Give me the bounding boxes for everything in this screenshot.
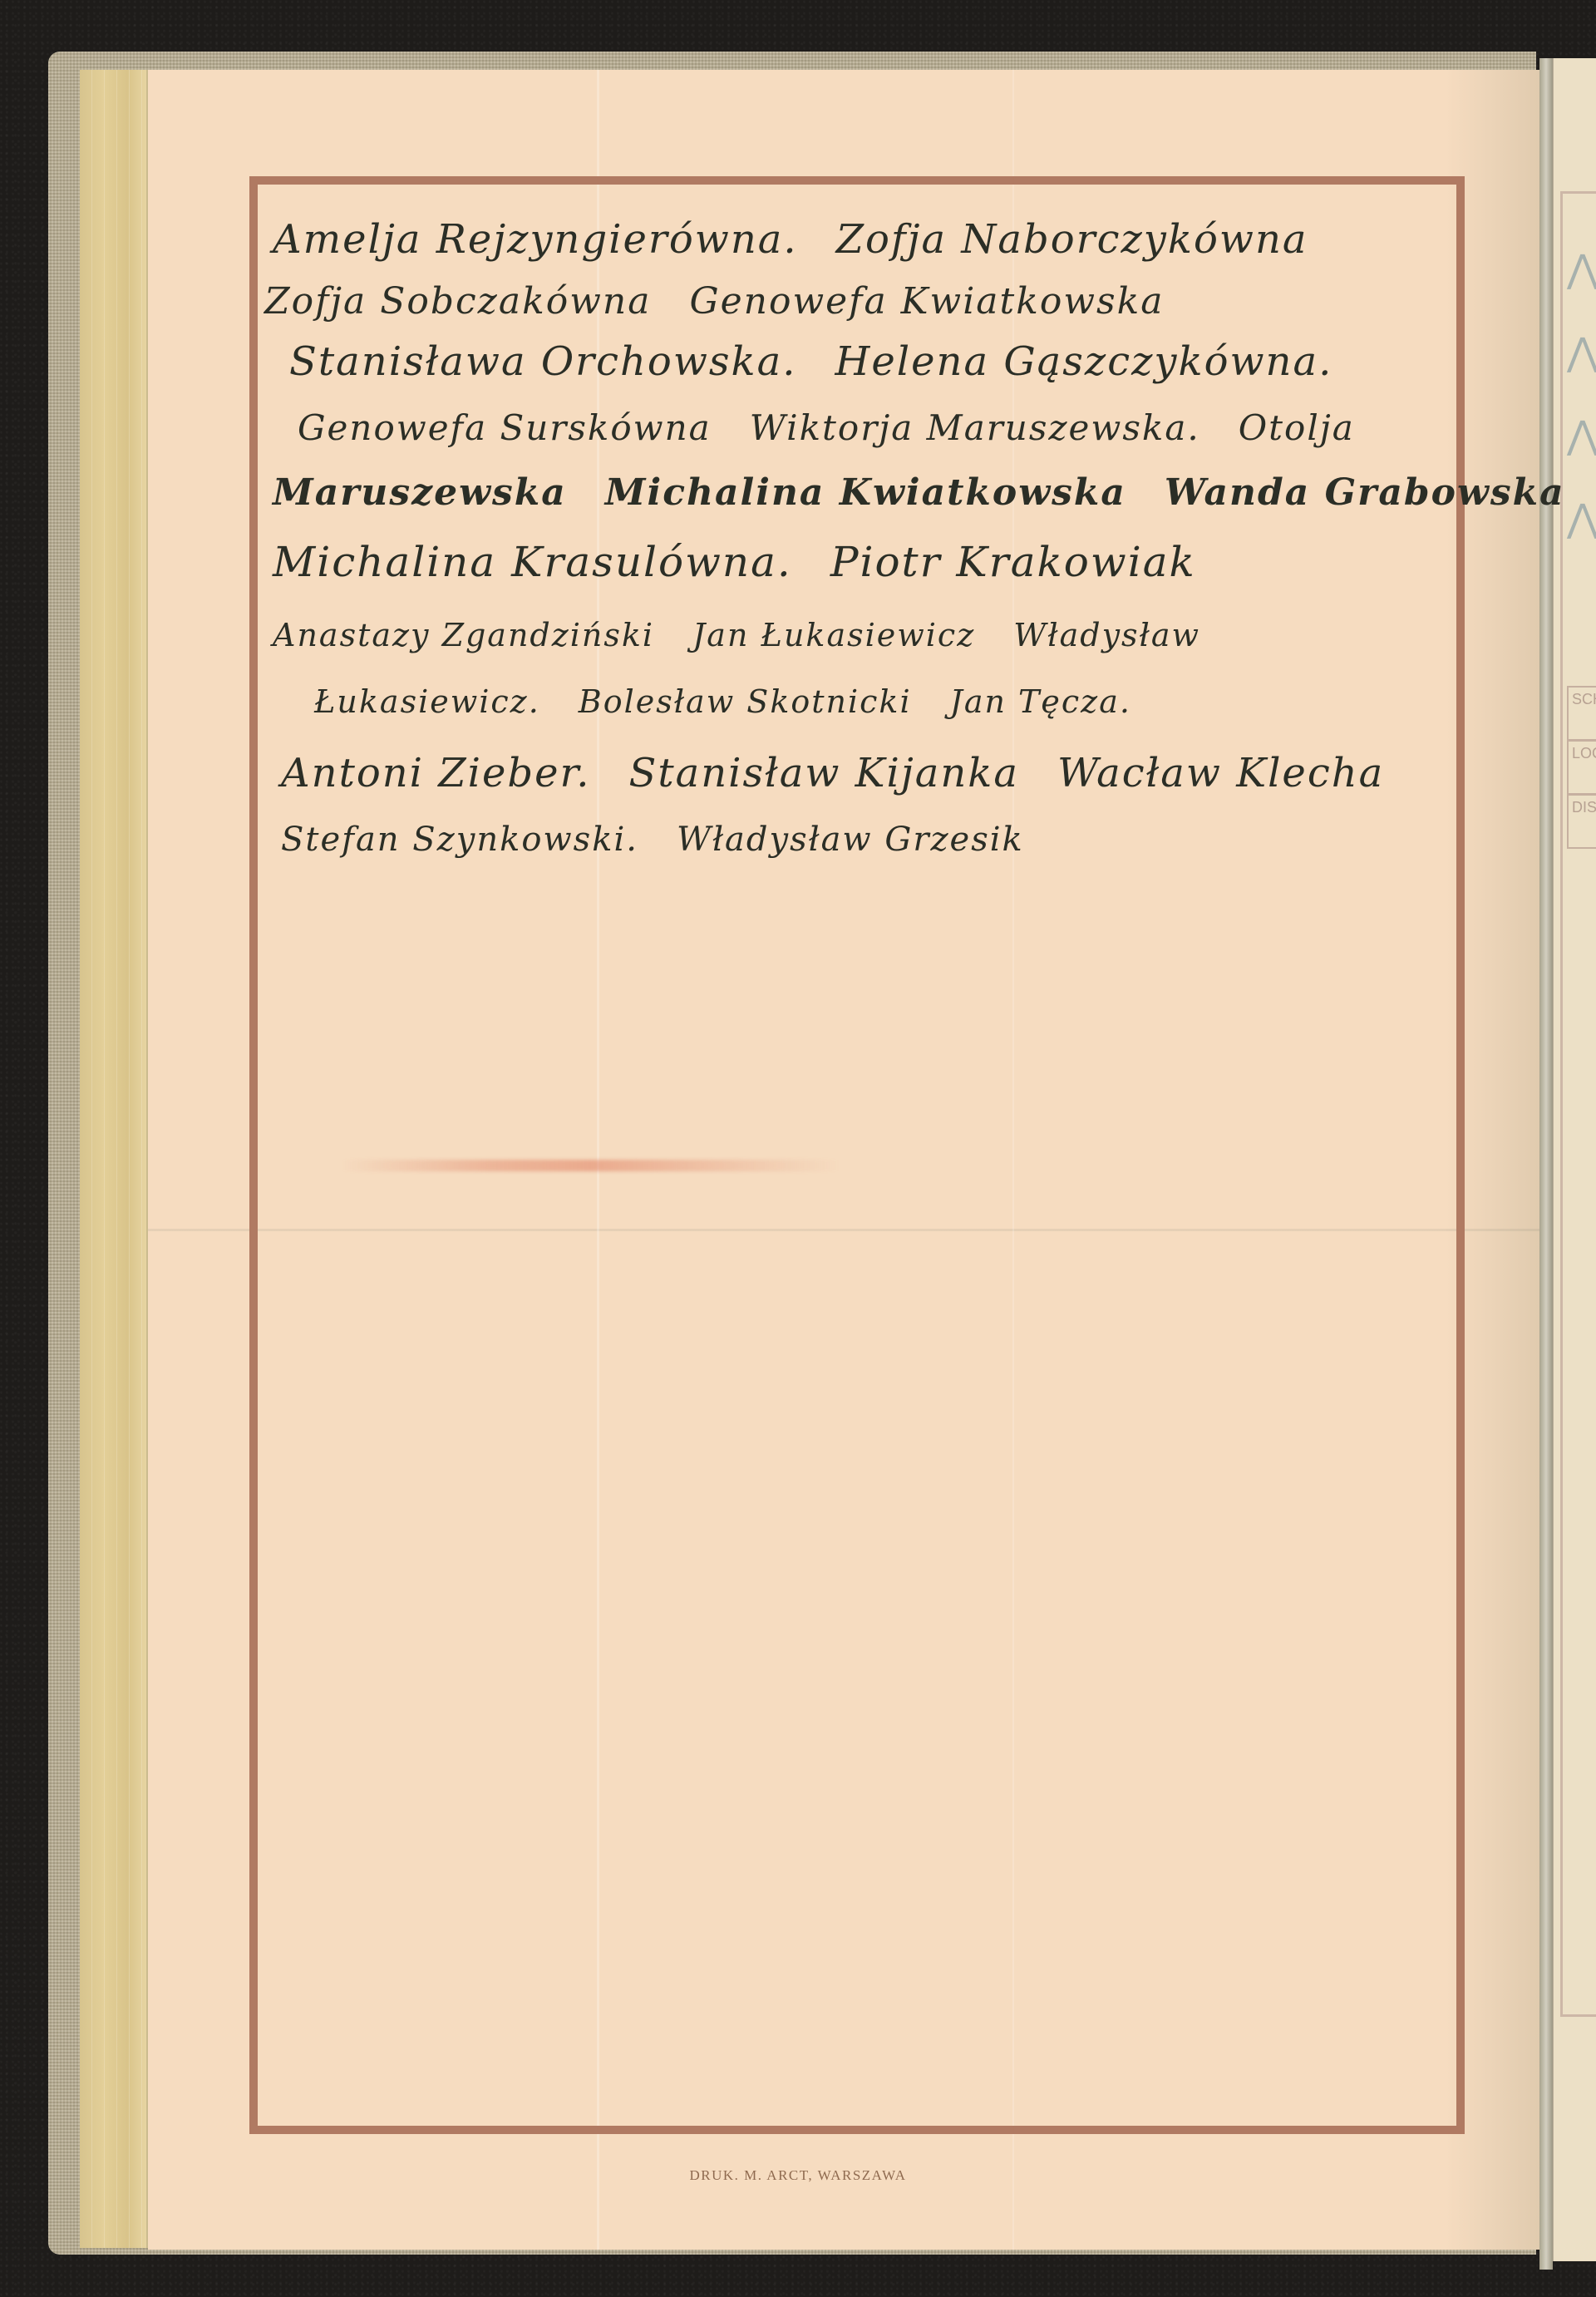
signature-line: Stanisława Orchowska.Helena Gąszczykówna… — [289, 338, 1371, 385]
signature-line: Łukasiewicz.Bolesław SkotnickiJan Tęcza. — [314, 683, 1170, 720]
signature: Jan Łukasiewicz — [692, 617, 975, 653]
signature: Michalina Kwiatkowska — [605, 471, 1126, 514]
signature: Michalina Krasulówna. — [273, 538, 792, 586]
signature: Otolja — [1239, 407, 1355, 448]
adjacent-page-frame — [1560, 191, 1596, 2017]
signature: Wanda Grabowska — [1165, 471, 1565, 514]
signature: Antoni Zieber. — [281, 750, 590, 796]
signature: Helena Gąszczykówna. — [835, 338, 1333, 385]
signature: Wiktorja Maruszewska. — [750, 407, 1200, 448]
page-edges — [80, 70, 148, 2248]
signature: Jan Tęcza. — [950, 683, 1131, 720]
adjacent-label-locality: LOCA MIEJS — [1567, 740, 1596, 795]
signature: Wacław Klecha — [1057, 750, 1384, 796]
ornament-icon: ⋀ — [1567, 416, 1596, 454]
signature: Władysław — [1013, 617, 1200, 653]
adjacent-page-strip: ⋀ ⋀ ⋀ ⋀ SCHO SZKO LOCA MIEJS DISTR POW — [1553, 58, 1596, 2261]
signature: Stanisław Kijanka — [628, 750, 1019, 796]
signature-line: Amelja Rejzyngierówna.Zofja Naborczykówn… — [273, 216, 1347, 263]
signature-line: MaruszewskaMichalina KwiatkowskaWanda Gr… — [273, 471, 1596, 514]
signature: Stefan Szynkowski. — [281, 821, 638, 859]
signature: Piotr Krakowiak — [830, 538, 1196, 586]
signature-line: Michalina Krasulówna.Piotr Krakowiak — [273, 538, 1234, 586]
ornament-icon: ⋀ — [1567, 249, 1596, 288]
book-gutter — [1539, 58, 1553, 2270]
adjacent-label-district: DISTR POW — [1567, 794, 1596, 849]
printed-red-frame — [249, 176, 1465, 2134]
signature: Genowefa Surskówna — [298, 407, 712, 448]
ornament-icon: ⋀ — [1567, 333, 1596, 371]
adjacent-label-school: SCHO SZKO — [1567, 686, 1596, 741]
signature-line: Antoni Zieber.Stanisław KijankaWacław Kl… — [281, 750, 1422, 796]
signature-line: Anastazy ZgandzińskiJan ŁukasiewiczWłady… — [273, 617, 1239, 653]
signature-line: Genowefa SurskównaWiktorja Maruszewska.O… — [298, 407, 1393, 448]
signature: Stanisława Orchowska. — [289, 338, 797, 385]
signature-line: Zofja SobczakównaGenowefa Kwiatkowska — [264, 280, 1202, 323]
signature: Zofja Naborczykówna — [836, 216, 1308, 263]
signature: Władysław Grzesik — [677, 821, 1024, 859]
signature: Maruszewska — [273, 471, 567, 514]
printer-imprint: DRUK. M. ARCT, WARSZAWA — [0, 2167, 1596, 2184]
signature-line: Stefan Szynkowski.Władysław Grzesik — [281, 821, 1062, 859]
signature: Anastazy Zgandziński — [273, 617, 654, 653]
signature: Zofja Sobczakówna — [264, 280, 651, 323]
signature: Genowefa Kwiatkowska — [689, 280, 1164, 323]
signature: Amelja Rejzyngierówna. — [273, 216, 798, 263]
signature: Bolesław Skotnicki — [579, 683, 912, 720]
signature: Łukasiewicz. — [314, 683, 540, 720]
